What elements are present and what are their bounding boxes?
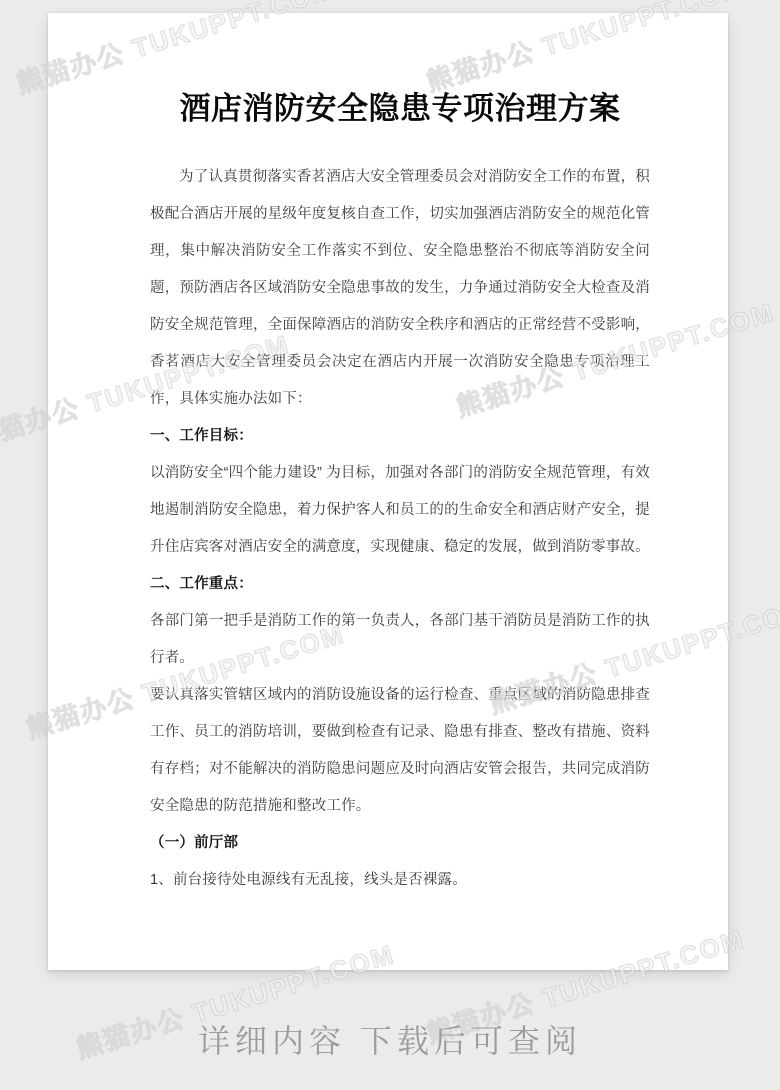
preview-canvas: 酒店消防安全隐患专项治理方案 为了认真贯彻落实香茗酒店大安全管理委员会对消防安全…: [0, 0, 780, 1090]
doc-heading: 一、工作目标：: [150, 418, 650, 455]
doc-paragraph: 1、前台接待处电源线有无乱接，线头是否裸露。: [150, 862, 650, 899]
doc-paragraph: 要认真落实管辖区域内的消防设施设备的运行检查、重点区域的消防隐患排查工作、员工的…: [150, 677, 650, 825]
footer-caption: 详细内容 下载后可查阅: [0, 1016, 780, 1062]
doc-paragraph: 各部门第一把手是消防工作的第一负责人，各部门基干消防员是消防工作的执行者。: [150, 603, 650, 677]
doc-heading: 二、工作重点：: [150, 566, 650, 603]
document-content: 酒店消防安全隐患专项治理方案 为了认真贯彻落实香茗酒店大安全管理委员会对消防安全…: [150, 89, 650, 899]
document-title: 酒店消防安全隐患专项治理方案: [150, 89, 650, 129]
doc-paragraph: 以消防安全“四个能力建设” 为目标，加强对各部门的消防安全规范管理，有效地遏制消…: [150, 455, 650, 566]
doc-paragraph: 为了认真贯彻落实香茗酒店大安全管理委员会对消防安全工作的布置，积极配合酒店开展的…: [150, 159, 650, 418]
document-body: 为了认真贯彻落实香茗酒店大安全管理委员会对消防安全工作的布置，积极配合酒店开展的…: [150, 159, 650, 899]
doc-heading: （一）前厅部: [150, 825, 650, 862]
document-page: 酒店消防安全隐患专项治理方案 为了认真贯彻落实香茗酒店大安全管理委员会对消防安全…: [48, 13, 728, 970]
